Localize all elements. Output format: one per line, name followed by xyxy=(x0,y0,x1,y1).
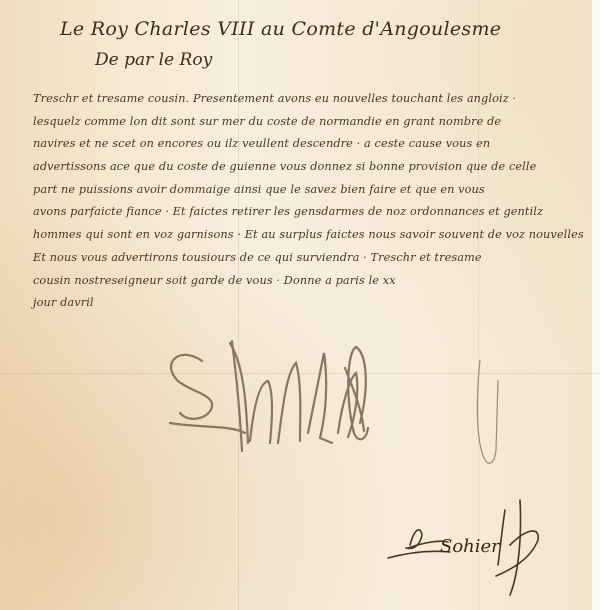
body-line: advertissons ace que du coste de guienne… xyxy=(33,160,536,173)
parchment-page: Le Roy Charles VIII au Comte d'Angoulesm… xyxy=(0,0,600,610)
svg-text:Charles: Charles xyxy=(150,333,154,334)
address-line: Le Roy Charles VIII au Comte d'Angoulesm… xyxy=(60,18,501,40)
king-signature: Charles xyxy=(150,333,450,473)
body-line: lesquelz comme lon dit sont sur mer du c… xyxy=(33,115,501,128)
body-line: part ne puissions avoir dommaige ainsi q… xyxy=(33,183,485,196)
body-line: jour davril xyxy=(33,296,94,309)
body-line: hommes qui sont en voz garnisons · Et au… xyxy=(33,228,584,241)
pen-flourish xyxy=(470,350,530,470)
svg-text:Sohier: Sohier xyxy=(440,536,501,557)
secretary-signature: Sohier xyxy=(370,490,570,600)
body-line: Treschr et tresame cousin. Presentement … xyxy=(33,92,516,105)
body-line: cousin nostreseigneur soit garde de vous… xyxy=(33,274,396,287)
page-edge xyxy=(592,0,600,610)
body-line: avons parfaicte fiance · Et faictes reti… xyxy=(33,205,543,218)
body-line: Et nous vous advertirons tousiours de ce… xyxy=(33,251,482,264)
salutation: De par le Roy xyxy=(95,50,212,70)
body-line: navires et ne scet on encores ou ilz veu… xyxy=(33,137,490,150)
